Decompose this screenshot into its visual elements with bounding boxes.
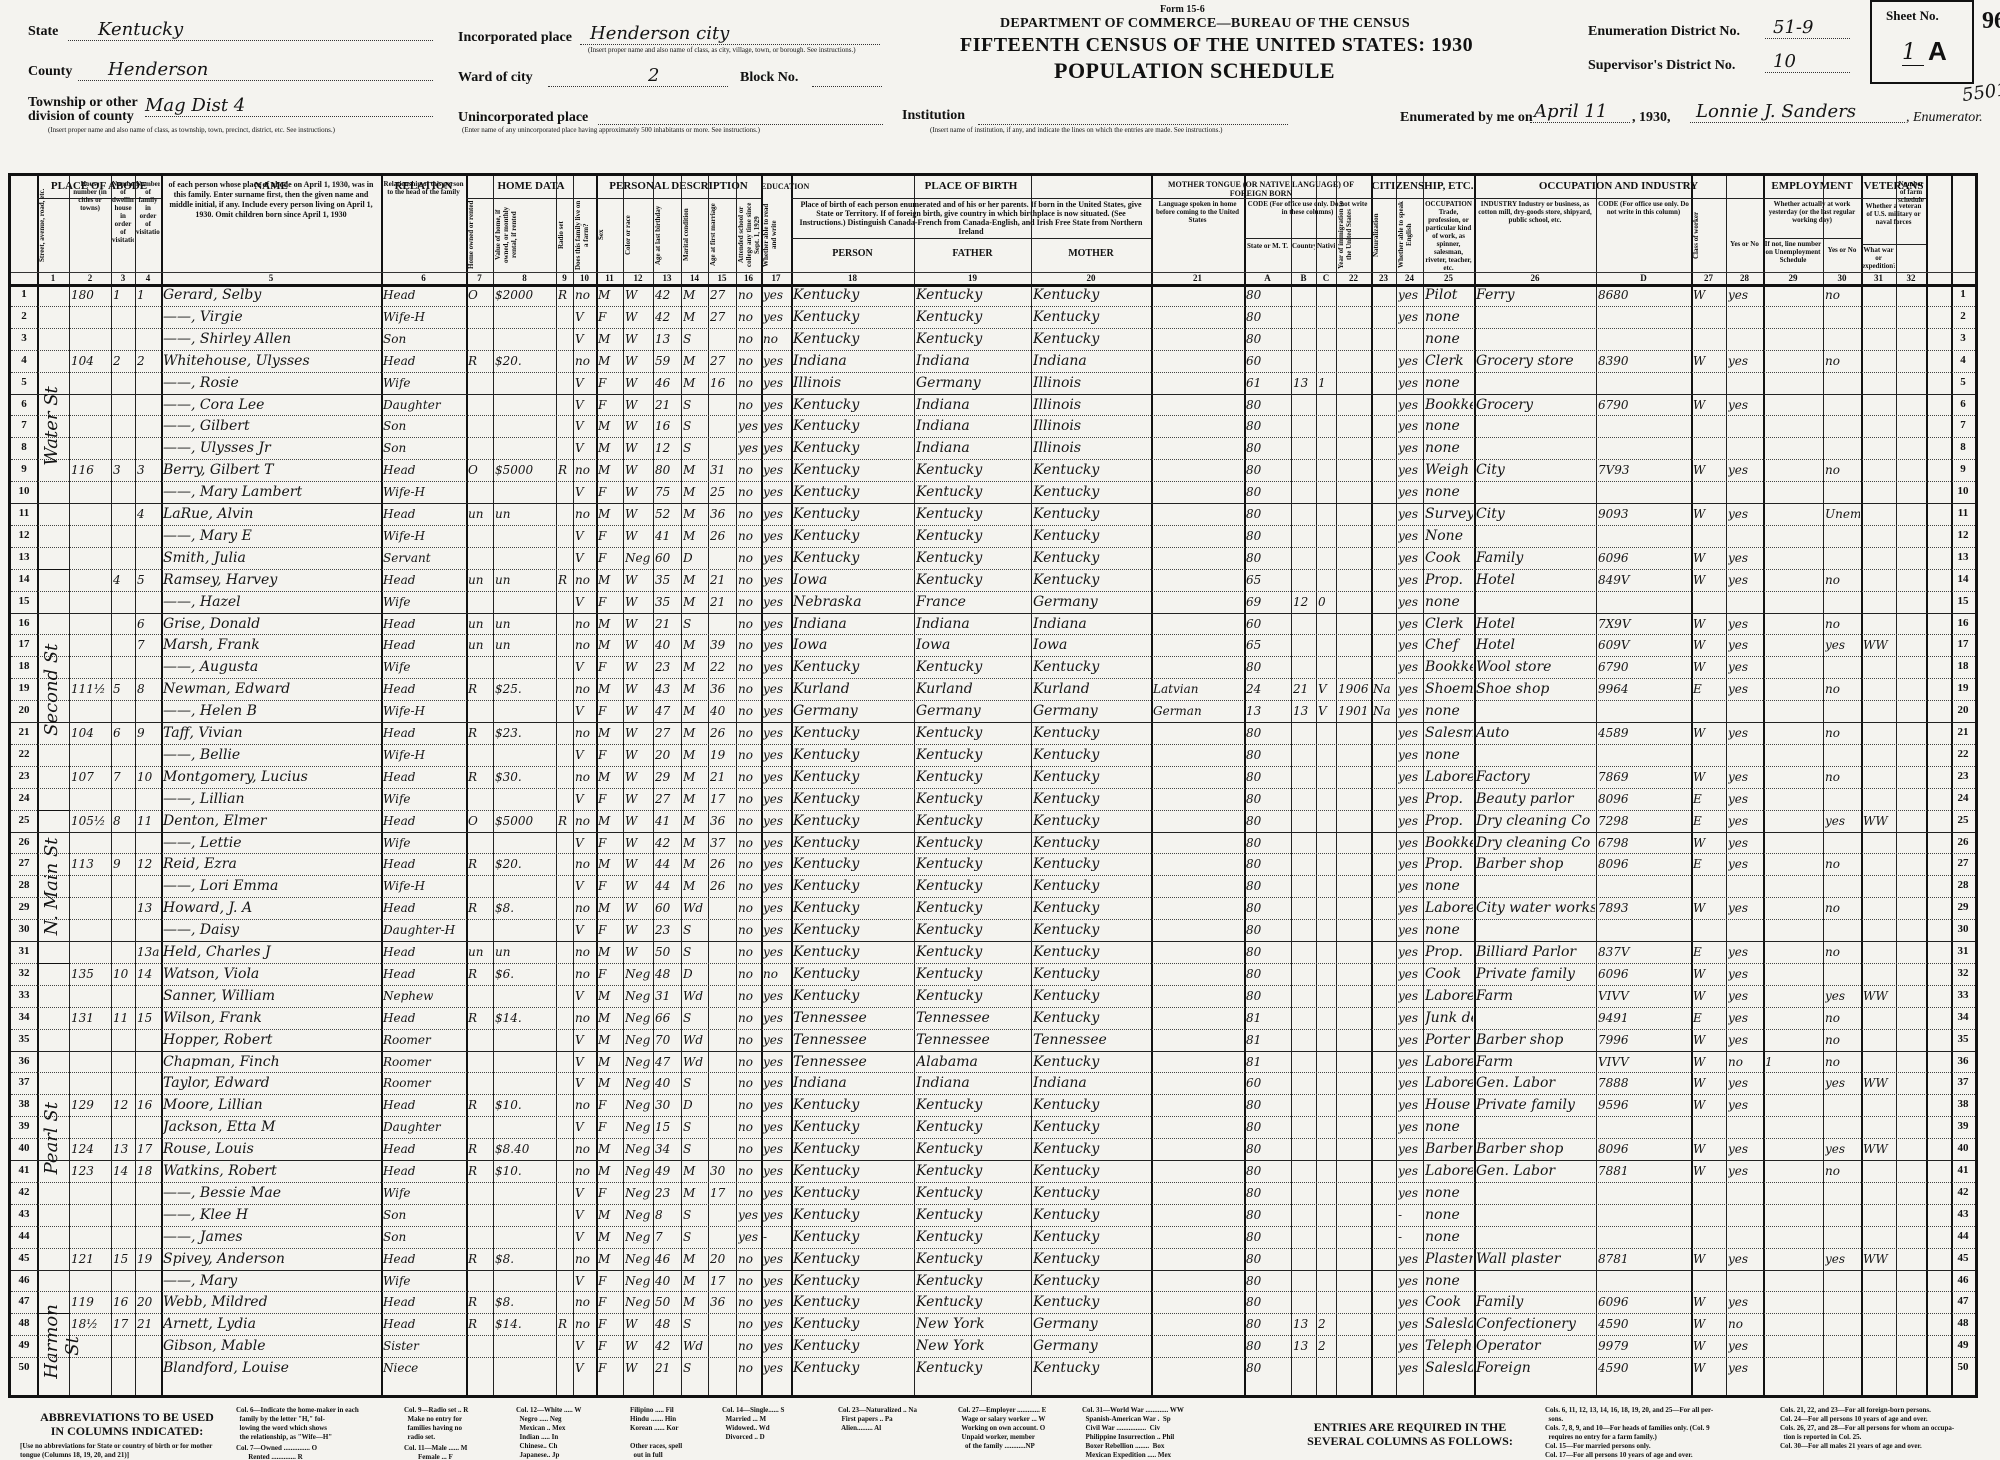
- cell-race: W: [625, 1314, 652, 1334]
- cell-house: 113: [71, 854, 110, 874]
- cell-school: no: [738, 876, 760, 896]
- cell-cls: W: [1693, 548, 1725, 568]
- cell-vet: no: [1825, 1008, 1860, 1028]
- column-header-A: State or M. T.: [1245, 242, 1290, 270]
- cell-english: yes: [1398, 1052, 1422, 1072]
- column-header-5: of each person whose place of abode on A…: [162, 180, 380, 270]
- cell-value: $2000: [495, 285, 555, 305]
- column-header-C: Nativity: [1317, 242, 1335, 270]
- cell-family: 4: [137, 504, 160, 524]
- cell-sex: F: [598, 307, 622, 327]
- cell-race: W: [625, 811, 652, 831]
- cell-read: yes: [763, 1205, 790, 1225]
- cell-english: yes: [1398, 548, 1422, 568]
- cell-school: no: [738, 854, 760, 874]
- cell-pob: Kentucky: [793, 1358, 913, 1378]
- line-number-right: 6: [1953, 398, 1973, 410]
- line-number-right: 26: [1953, 836, 1973, 848]
- line-number-right: 32: [1953, 967, 1973, 979]
- cell-work: yes: [1728, 1095, 1762, 1115]
- abbrev-col31: Col. 31—World War ............. WW Spani…: [1082, 1406, 1184, 1460]
- cell-sex: M: [598, 1161, 622, 1181]
- block-label: Block No.: [740, 70, 798, 86]
- cell-agemar: 27: [710, 307, 735, 327]
- cell-english: yes: [1398, 986, 1422, 1006]
- line-number: 11: [14, 507, 34, 519]
- cell-race: W: [625, 657, 652, 677]
- cell-name: ——, Mary: [163, 1271, 380, 1291]
- schedule-title: POPULATION SCHEDULE: [1054, 58, 1335, 84]
- cell-codeA: 60: [1246, 351, 1290, 371]
- cell-codeA: 80: [1246, 526, 1290, 546]
- street-label: Harmon St: [41, 1313, 67, 1379]
- cell-read: yes: [763, 657, 790, 677]
- cell-sex: M: [598, 1052, 622, 1072]
- cell-race: W: [625, 1336, 652, 1356]
- cell-age: 42: [655, 833, 680, 853]
- state-label: State: [28, 24, 58, 40]
- line-number-right: 25: [1953, 814, 1973, 826]
- abbrev-col11: Col. 11—Male ...... M Female ... F: [404, 1444, 467, 1460]
- cell-read: yes: [763, 920, 790, 940]
- column-divider: [1823, 176, 1824, 1395]
- cell-occ: Laborer: [1425, 767, 1473, 787]
- cell-pob: Tennessee: [793, 1030, 913, 1050]
- cell-owned: un: [468, 504, 492, 524]
- cell-codeA: 80: [1246, 395, 1290, 415]
- township-value: Mag Dist 4: [145, 95, 245, 116]
- cell-age: 46: [655, 1249, 680, 1269]
- cell-english: yes: [1398, 351, 1422, 371]
- cell-name: Jackson, Etta M: [163, 1117, 380, 1137]
- cell-age: 20: [655, 745, 680, 765]
- cell-name: ——, Cora Lee: [163, 395, 380, 415]
- cell-unemp: 1: [1765, 1052, 1822, 1072]
- cell-relation: Head: [383, 285, 465, 305]
- incorporated-value: Henderson city: [590, 23, 729, 44]
- cell-codeA: 80: [1246, 942, 1290, 962]
- cell-codeC: V: [1318, 701, 1335, 721]
- cell-vet: no: [1825, 854, 1860, 874]
- cell-mpob: Kentucky: [1033, 942, 1150, 962]
- cell-fpob: Kentucky: [916, 1117, 1030, 1137]
- cell-ind: Gen. Labor: [1476, 1161, 1595, 1181]
- cell-codeC: V: [1318, 679, 1335, 699]
- cell-farm: V: [575, 1030, 595, 1050]
- cell-codeA: 80: [1246, 1095, 1290, 1115]
- cell-race: W: [625, 854, 652, 874]
- cell-cls: W: [1693, 285, 1725, 305]
- cell-ind: Family: [1476, 548, 1595, 568]
- column-number-20: 20: [1031, 273, 1151, 283]
- cell-agemar: 26: [710, 526, 735, 546]
- cell-race: W: [625, 898, 652, 918]
- cell-english: yes: [1398, 1183, 1422, 1203]
- cell-fpob: Indiana: [916, 614, 1030, 634]
- cell-code: 4590: [1598, 1358, 1690, 1378]
- cell-sex: M: [598, 570, 622, 590]
- cell-house: 135: [71, 964, 110, 984]
- line-number: 30: [14, 923, 34, 935]
- column-number-B: B: [1291, 273, 1316, 283]
- cell-name: Howard, J. A: [163, 898, 380, 918]
- cell-code: 837V: [1598, 942, 1690, 962]
- cell-family: 15: [137, 1008, 160, 1028]
- cell-vet: no: [1825, 614, 1860, 634]
- line-number-right: 42: [1953, 1186, 1973, 1198]
- cell-sex: F: [598, 701, 622, 721]
- cell-age: 50: [655, 1292, 680, 1312]
- cell-relation: Head: [383, 570, 465, 590]
- line-number: 12: [14, 529, 34, 541]
- line-number: 22: [14, 748, 34, 760]
- cell-farm: no: [575, 351, 595, 371]
- cell-english: yes: [1398, 701, 1422, 721]
- cell-fpob: Kentucky: [916, 898, 1030, 918]
- cell-lang: German: [1153, 701, 1243, 721]
- cell-nat: Na: [1373, 679, 1395, 699]
- cell-name: Ramsey, Harvey: [163, 570, 380, 590]
- cell-english: yes: [1398, 592, 1422, 612]
- cell-codeA: 80: [1246, 833, 1290, 853]
- cell-marital: M: [683, 701, 707, 721]
- cell-ind: Farm: [1476, 986, 1595, 1006]
- cell-age: 75: [655, 482, 680, 502]
- line-number: 20: [14, 704, 34, 716]
- cell-codeA: 80: [1246, 745, 1290, 765]
- cell-marital: M: [683, 351, 707, 371]
- line-number: 42: [14, 1186, 34, 1198]
- column-number-19: 19: [914, 273, 1031, 283]
- column-header-22: Year of immigration to the United States: [1337, 200, 1370, 270]
- cell-read: yes: [763, 1292, 790, 1312]
- cell-agemar: 39: [710, 635, 735, 655]
- cell-english: yes: [1398, 1095, 1422, 1115]
- line-number: 41: [14, 1164, 34, 1176]
- cell-farm: no: [575, 1161, 595, 1181]
- employment-note: Whether actually at work yesterday (or t…: [1765, 200, 1859, 224]
- census-title: FIFTEENTH CENSUS OF THE UNITED STATES: 1…: [960, 34, 1473, 57]
- cell-marital: M: [683, 592, 707, 612]
- cell-codeA: 80: [1246, 329, 1290, 349]
- cell-agemar: 36: [710, 679, 735, 699]
- cell-house: 104: [71, 723, 110, 743]
- cell-occ: none: [1425, 1227, 1473, 1247]
- cell-marital: S: [683, 1314, 707, 1334]
- cell-relation: Head: [383, 942, 465, 962]
- cell-sex: F: [598, 1095, 622, 1115]
- cell-fpob: Kentucky: [916, 964, 1030, 984]
- cell-mpob: Kentucky: [1033, 1117, 1150, 1137]
- cell-read: yes: [763, 723, 790, 743]
- cell-race: W: [625, 395, 652, 415]
- cell-sex: F: [598, 789, 622, 809]
- cell-race: Neg: [625, 548, 652, 568]
- cell-mpob: Kentucky: [1033, 307, 1150, 327]
- cell-occ: Laborer: [1425, 1073, 1473, 1093]
- cell-school: no: [738, 1073, 760, 1093]
- cell-house: 107: [71, 767, 110, 787]
- cell-farm: V: [575, 1117, 595, 1137]
- column-number-30: 30: [1823, 273, 1861, 283]
- cell-pob: Kentucky: [793, 789, 913, 809]
- cell-occ: none: [1425, 416, 1473, 436]
- cell-english: yes: [1398, 1161, 1422, 1181]
- cell-war: WW: [1863, 1249, 1895, 1269]
- cell-english: yes: [1398, 1073, 1422, 1093]
- cell-english: yes: [1398, 504, 1422, 524]
- cell-radio: R: [558, 285, 572, 305]
- cell-english: -: [1398, 1205, 1422, 1225]
- cell-occ: none: [1425, 745, 1473, 765]
- census-table: PLACE OF ABODENAMERELATIONHOME DATAPERSO…: [8, 173, 1978, 1398]
- cell-read: yes: [763, 745, 790, 765]
- cell-age: 48: [655, 964, 680, 984]
- cell-mpob: Germany: [1033, 1314, 1150, 1334]
- cell-age: 23: [655, 657, 680, 677]
- cell-age: 13: [655, 329, 680, 349]
- ward-field: 2: [548, 68, 728, 87]
- cell-family: 14: [137, 964, 160, 984]
- cell-sex: F: [598, 1292, 622, 1312]
- cell-name: Grise, Donald: [163, 614, 380, 634]
- cell-mpob: Illinois: [1033, 416, 1150, 436]
- cell-work: yes: [1728, 1139, 1762, 1159]
- cell-marital: M: [683, 373, 707, 393]
- cell-agemar: 27: [710, 285, 735, 305]
- cell-mpob: Kentucky: [1033, 1183, 1150, 1203]
- line-number: 14: [14, 573, 34, 585]
- cell-family: 18: [137, 1161, 160, 1181]
- cell-name: Hopper, Robert: [163, 1030, 380, 1050]
- cell-value: $30.: [495, 767, 555, 787]
- cell-english: yes: [1398, 1314, 1422, 1334]
- cell-race: Neg: [625, 986, 652, 1006]
- cell-sex: F: [598, 657, 622, 677]
- column-number-29: 29: [1763, 273, 1823, 283]
- cell-farm: no: [575, 898, 595, 918]
- cell-race: W: [625, 526, 652, 546]
- column-number-25: 25: [1423, 273, 1474, 283]
- column-header-8: Value of home, if owned, or monthly rent…: [494, 200, 555, 270]
- cell-fpob: Kentucky: [916, 1292, 1030, 1312]
- column-header-25: OCCUPATION Trade, profession, or particu…: [1424, 200, 1473, 270]
- cell-ind: City water works: [1476, 898, 1595, 918]
- cell-family: 10: [137, 767, 160, 787]
- cell-race: Neg: [625, 1271, 652, 1291]
- cell-codeA: 80: [1246, 482, 1290, 502]
- cell-school: no: [738, 833, 760, 853]
- cell-dwelling: 4: [113, 570, 134, 590]
- cell-pob: Indiana: [793, 1073, 913, 1093]
- line-number: 8: [14, 441, 34, 453]
- cell-marital: M: [683, 460, 707, 480]
- cell-marital: Wd: [683, 1052, 707, 1072]
- cell-age: 21: [655, 614, 680, 634]
- cell-fpob: Kentucky: [916, 1249, 1030, 1269]
- township-note: (Insert proper name and also name of cla…: [48, 126, 335, 134]
- cell-relation: Wife: [383, 1271, 465, 1291]
- cell-read: yes: [763, 482, 790, 502]
- cell-work: yes: [1728, 1249, 1762, 1269]
- cell-fpob: Kentucky: [916, 920, 1030, 940]
- cell-english: yes: [1398, 679, 1422, 699]
- cell-mpob: Kentucky: [1033, 285, 1150, 305]
- cell-pob: Kentucky: [793, 833, 913, 853]
- cell-ind: Grocery store: [1476, 351, 1595, 371]
- cell-name: Berry, Gilbert T: [163, 460, 380, 480]
- cell-race: W: [625, 416, 652, 436]
- cell-occ: Prop.: [1425, 570, 1473, 590]
- cell-school: no: [738, 373, 760, 393]
- cell-relation: Daughter: [383, 395, 465, 415]
- cell-marital: M: [683, 635, 707, 655]
- cell-codeA: 80: [1246, 854, 1290, 874]
- cell-house: 104: [71, 351, 110, 371]
- cell-age: 44: [655, 854, 680, 874]
- cell-farm: V: [575, 395, 595, 415]
- cell-sex: M: [598, 767, 622, 787]
- cell-farm: no: [575, 723, 595, 743]
- cell-fpob: Kentucky: [916, 329, 1030, 349]
- column-divider: [653, 176, 654, 1395]
- cell-work: yes: [1728, 854, 1762, 874]
- line-number: 48: [14, 1317, 34, 1329]
- column-header-17: Whether able to read and write: [762, 200, 790, 270]
- cell-sex: F: [598, 1336, 622, 1356]
- cell-pob: Kentucky: [793, 723, 913, 743]
- cell-code: VIVV: [1598, 986, 1690, 1006]
- cell-agemar: 22: [710, 657, 735, 677]
- cell-work: yes: [1728, 285, 1762, 305]
- cell-relation: Head: [383, 1314, 465, 1334]
- cell-ind: Billiard Parlor: [1476, 942, 1595, 962]
- cell-work: yes: [1728, 942, 1762, 962]
- cell-agemar: 20: [710, 1249, 735, 1269]
- line-number-right: 24: [1953, 792, 1973, 804]
- cell-mpob: Kentucky: [1033, 329, 1150, 349]
- cell-fpob: Kentucky: [916, 1271, 1030, 1291]
- cell-dwelling: 15: [113, 1249, 134, 1269]
- cell-age: 23: [655, 1183, 680, 1203]
- cell-farm: no: [575, 285, 595, 305]
- column-number-21: 21: [1151, 273, 1244, 283]
- cell-house: 111½: [71, 679, 110, 699]
- cell-english: yes: [1398, 285, 1422, 305]
- cell-work: yes: [1728, 1073, 1762, 1093]
- cell-ind: Dry cleaning Co: [1476, 811, 1595, 831]
- cell-value: un: [495, 942, 555, 962]
- line-number: 19: [14, 682, 34, 694]
- column-divider: [681, 176, 682, 1395]
- cell-english: yes: [1398, 1271, 1422, 1291]
- cell-agemar: 36: [710, 504, 735, 524]
- cell-race: W: [625, 285, 652, 305]
- cell-race: W: [625, 438, 652, 458]
- cell-read: yes: [763, 592, 790, 612]
- cell-ind: City: [1476, 460, 1595, 480]
- cell-codeA: 80: [1246, 1358, 1290, 1378]
- cell-agemar: 27: [710, 351, 735, 371]
- cell-work: yes: [1728, 1358, 1762, 1378]
- cell-code: 6790: [1598, 395, 1690, 415]
- cell-relation: Son: [383, 416, 465, 436]
- cell-pob: Kentucky: [793, 1139, 913, 1159]
- enum-district-field: 51-9: [1765, 20, 1850, 39]
- line-number: 40: [14, 1142, 34, 1154]
- line-number: 29: [14, 901, 34, 913]
- cell-marital: M: [683, 745, 707, 765]
- cell-work: yes: [1728, 767, 1762, 787]
- cell-cls: W: [1693, 614, 1725, 634]
- cell-value: $20.: [495, 351, 555, 371]
- line-number-right: 16: [1953, 617, 1973, 629]
- cell-fpob: Kentucky: [916, 1227, 1030, 1247]
- cell-dwelling: 6: [113, 723, 134, 743]
- cell-relation: Roomer: [383, 1073, 465, 1093]
- cell-farm: V: [575, 986, 595, 1006]
- cell-read: yes: [763, 395, 790, 415]
- column-divider: [1316, 176, 1317, 1395]
- line-number: 10: [14, 485, 34, 497]
- cell-read: yes: [763, 789, 790, 809]
- cell-code: 7893: [1598, 898, 1690, 918]
- cell-school: no: [738, 723, 760, 743]
- cell-codeB: 13: [1293, 1336, 1315, 1356]
- cell-cls: W: [1693, 395, 1725, 415]
- cell-codeA: 65: [1246, 635, 1290, 655]
- cell-work: yes: [1728, 614, 1762, 634]
- column-divider: [1896, 176, 1897, 1395]
- cell-mpob: Kentucky: [1033, 1227, 1150, 1247]
- cell-value: $14.: [495, 1314, 555, 1334]
- cell-occ: House work: [1425, 1095, 1473, 1115]
- line-number-right: 33: [1953, 989, 1973, 1001]
- cell-marital: S: [683, 395, 707, 415]
- cell-race: W: [625, 679, 652, 699]
- line-number-right: 10: [1953, 485, 1973, 497]
- cell-name: Gerard, Selby: [163, 285, 380, 305]
- cell-work: yes: [1728, 833, 1762, 853]
- cell-work: yes: [1728, 679, 1762, 699]
- cell-marital: Wd: [683, 1336, 707, 1356]
- cell-name: Whitehouse, Ulysses: [163, 351, 380, 371]
- cell-work: yes: [1728, 1336, 1762, 1356]
- column-number-4: 4: [135, 273, 161, 283]
- cell-mpob: Kentucky: [1033, 1008, 1150, 1028]
- cell-vet: yes: [1825, 811, 1860, 831]
- cell-ind: Private family: [1476, 1095, 1595, 1115]
- street-label: N. Main St: [41, 810, 67, 963]
- cell-cls: E: [1693, 942, 1725, 962]
- cell-family: 16: [137, 1095, 160, 1115]
- cell-school: no: [738, 920, 760, 940]
- cell-marital: M: [683, 1271, 707, 1291]
- line-number-right: 13: [1953, 551, 1973, 563]
- cell-owned: R: [468, 767, 492, 787]
- line-number: 39: [14, 1120, 34, 1132]
- cell-pob: Kentucky: [793, 898, 913, 918]
- sheet-letter: A: [1928, 36, 1947, 67]
- cell-name: Montgomery, Lucius: [163, 767, 380, 787]
- cell-cls: E: [1693, 679, 1725, 699]
- cell-code: 7298: [1598, 811, 1690, 831]
- column-number-8: 8: [493, 273, 556, 283]
- line-number: 15: [14, 595, 34, 607]
- line-number: 17: [14, 638, 34, 650]
- cell-name: Spivey, Anderson: [163, 1249, 380, 1269]
- column-number-11: 11: [596, 273, 623, 283]
